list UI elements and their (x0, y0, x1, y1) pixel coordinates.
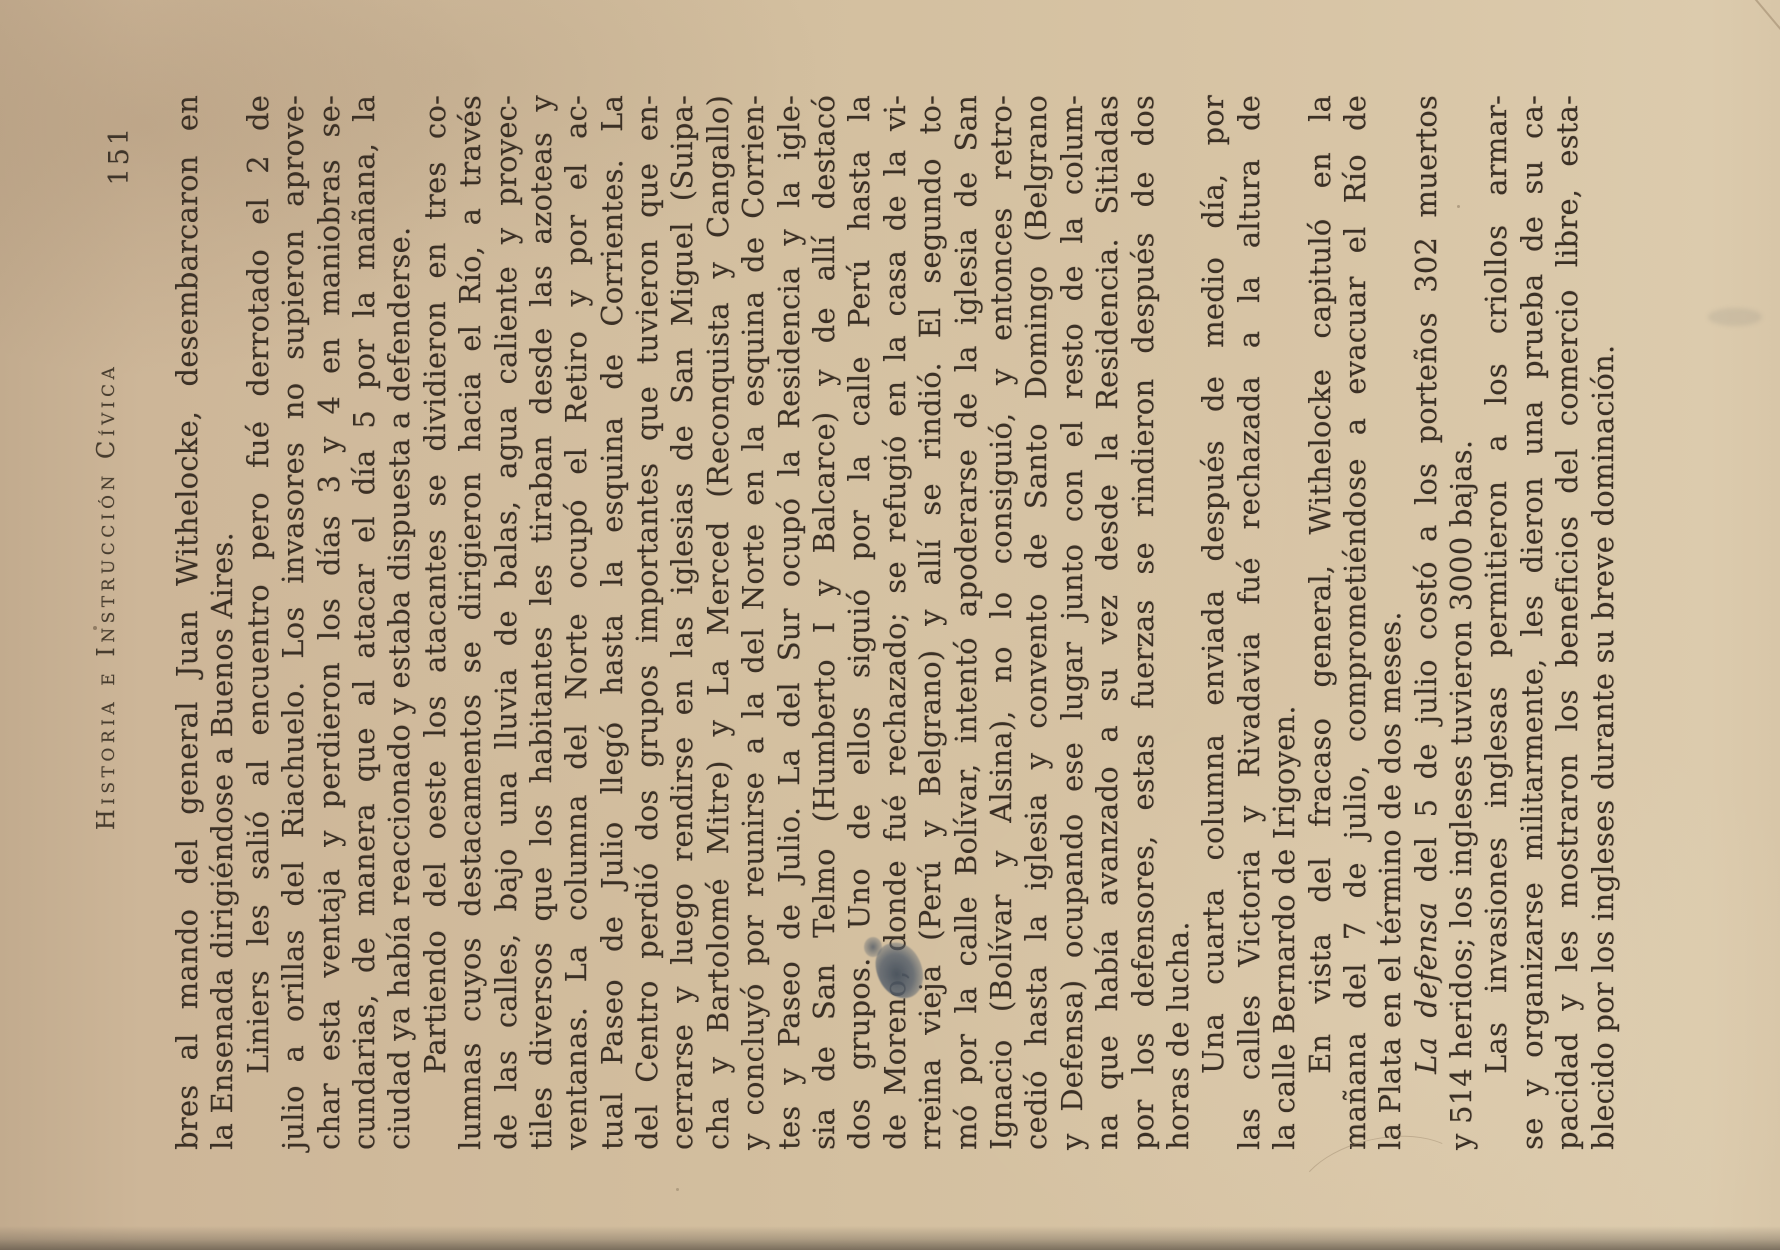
text-line: la Ensenada dirigiéndose a Buenos Aires. (205, 95, 240, 1150)
text-line: Las invasiones inglesas permitieron a lo… (1479, 95, 1514, 1150)
paper-speck (1457, 205, 1460, 208)
text-line: mañana del 7 de julio, comprometiéndose … (1338, 95, 1373, 1150)
text-line: por los defensores, estas fuerzas se rin… (1126, 95, 1161, 1150)
text-line: na que había avanzado a su vez desde la … (1090, 95, 1125, 1150)
page-number: 151 (104, 125, 135, 186)
text-line: las calles Victoria y Rivadavia fué rech… (1232, 95, 1267, 1150)
text-line: la Plata en el término de dos meses. (1373, 95, 1408, 1150)
scanned-book-page: Historia e Instrucción Cívica 151 bres a… (0, 0, 1780, 1250)
text-line: tiles diversos que los habitantes les ti… (524, 95, 559, 1150)
text-line: pacidad y les mostraron los beneficios d… (1550, 95, 1585, 1150)
paper-smudge (1708, 308, 1762, 326)
text-line: char esta ventaja y perdieron los días 3… (312, 95, 347, 1150)
text-line: la calle Bernardo de Irigoyen. (1267, 95, 1302, 1150)
text-line: cundarias, de manera que al atacar el dí… (347, 95, 382, 1150)
ink-blot-tail (864, 937, 882, 957)
text-line: tual Paseo de Julio llegó hasta la esqui… (595, 95, 630, 1150)
text-line-italic-lead: La defensa del 5 de julio costó a los po… (1409, 95, 1444, 1150)
text-line: ciudad ya había reaccionado y estaba dis… (382, 95, 417, 1150)
text-line: horas de lucha. (1161, 95, 1196, 1150)
text-line: y concluyó por reunirse a la del Norte e… (736, 95, 771, 1150)
text-line: Ignacio (Bolívar y Alsina), no lo consig… (984, 95, 1019, 1150)
text-line: rreina vieja (Perú y Belgrano) y allí se… (913, 95, 948, 1150)
text-line: y 514 heridos; los ingleses tuvieron 300… (1444, 95, 1479, 1150)
text-line: sia de San Telmo (Humberto I y Balcarce)… (807, 95, 842, 1150)
text-line: dos grupos. Uno de ellos siguió por la c… (842, 95, 877, 1150)
text-line: Partiendo del oeste los atacantes se div… (418, 95, 453, 1150)
text-line: de las calles, bajo una lluvia de balas,… (489, 95, 524, 1150)
italic-phrase: La defensa (1409, 882, 1443, 1074)
text-line: del Centro perdió dos grupos importantes… (630, 95, 665, 1150)
book-page-rotated-90ccw: Historia e Instrucción Cívica 151 bres a… (0, 0, 1780, 1250)
text-line: En vista del fracaso general, Withelocke… (1303, 95, 1338, 1150)
text-line: cha y Bartolomé Mitre) y La Merced (Reco… (701, 95, 736, 1150)
text-line: se y organizarse militarmente, les diero… (1515, 95, 1550, 1150)
running-header-title: Historia e Instrucción Cívica (92, 69, 120, 1124)
text-line: cerrarse y luego rendirse en las iglesia… (665, 95, 700, 1150)
text-line: julio a orillas del Riachuelo. Los invas… (276, 95, 311, 1150)
text-line: mó por la calle Bolívar, intentó apodera… (949, 95, 984, 1150)
text-line: cedió hasta la iglesia y convento de San… (1019, 95, 1054, 1150)
text-line: Una cuarta columna enviada después de me… (1196, 95, 1231, 1150)
line-rest: del 5 de julio costó a los porteños 302 … (1409, 95, 1443, 882)
text-line: tes y Paseo de Julio. La del Sur ocupó l… (772, 95, 807, 1150)
paper-speck (93, 626, 97, 630)
text-line: ventanas. La columna del Norte ocupó el … (559, 95, 594, 1150)
text-line: y Defensa) ocupando ese lugar junto con … (1055, 95, 1090, 1150)
scan-edge-shadow (0, 1226, 1780, 1250)
text-line: blecido por los ingleses durante su brev… (1586, 95, 1621, 1150)
text-line: bres al mando del general Juan Withelock… (170, 95, 205, 1150)
text-line: Liniers les salió al encuentro pero fué … (241, 95, 276, 1150)
paper-speck (676, 1188, 679, 1191)
text-line: lumnas cuyos destacamentos se dirigieron… (453, 95, 488, 1150)
